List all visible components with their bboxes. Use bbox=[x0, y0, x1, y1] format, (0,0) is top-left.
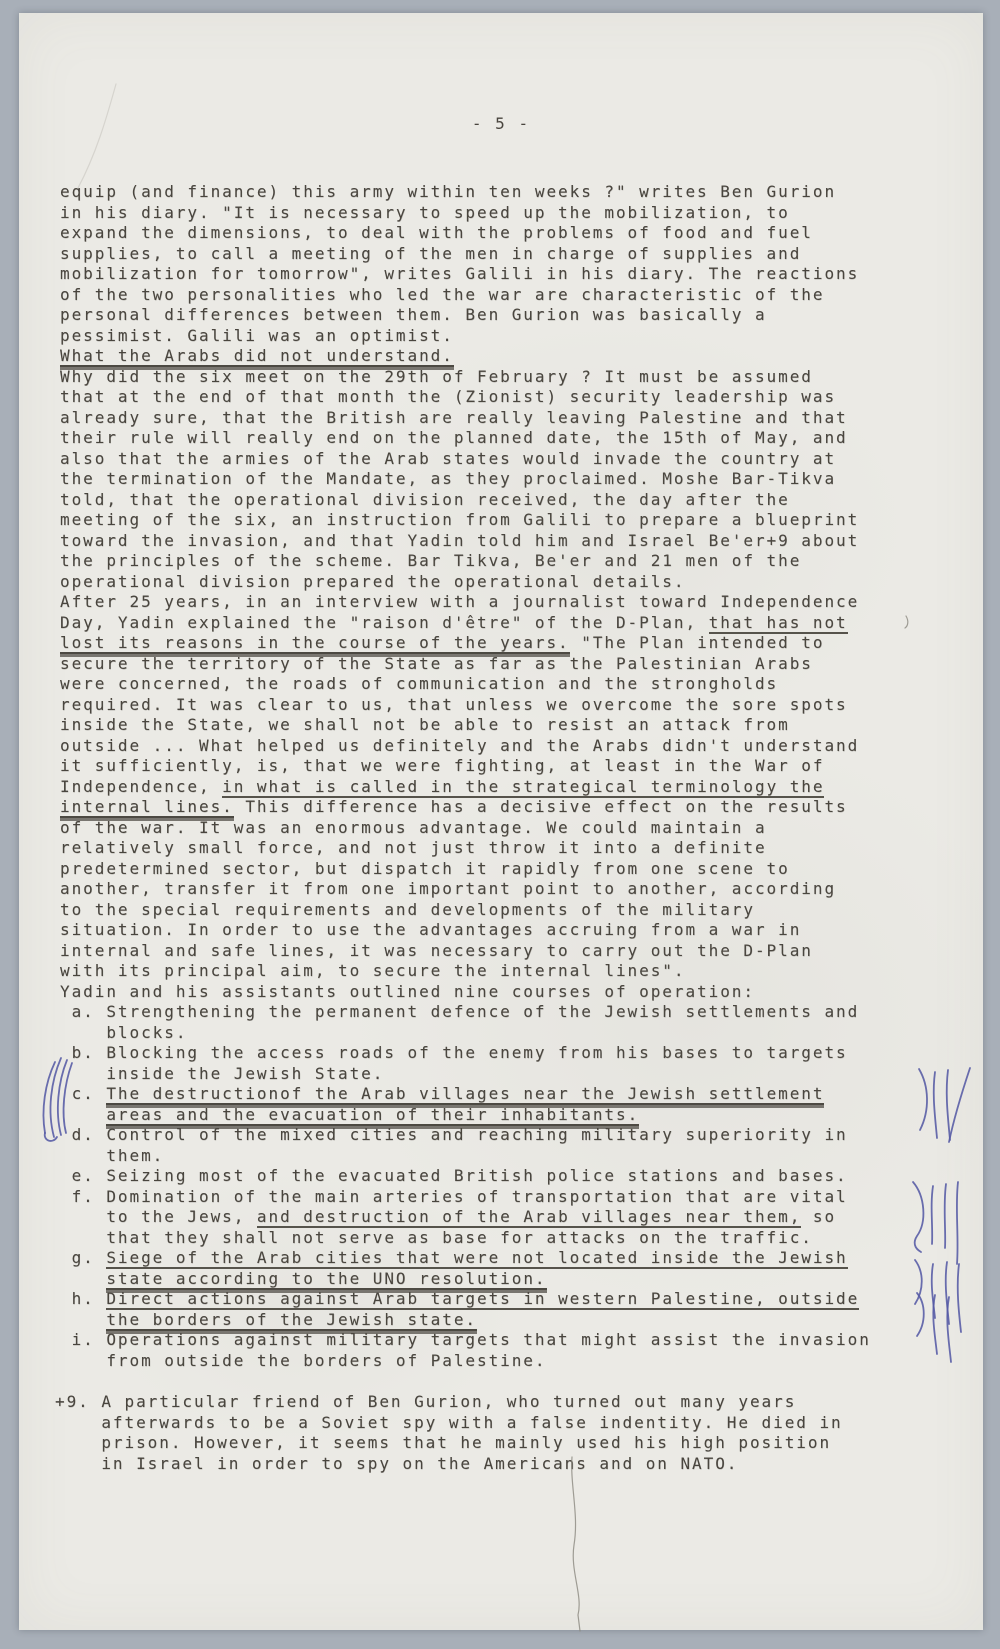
document-line: secure the territory of the State as far… bbox=[60, 654, 871, 675]
document-line: inside the State, we shall not be able t… bbox=[60, 715, 871, 736]
document-line: meeting of the six, an instruction from … bbox=[60, 510, 871, 531]
document-line: with its principal aim, to secure the in… bbox=[60, 961, 871, 982]
document-line: inside the Jewish State. bbox=[60, 1064, 871, 1085]
document-line: internal lines. This difference has a de… bbox=[60, 797, 871, 818]
scan-background: { "meta": { "page_number": "- 5 -" }, "c… bbox=[0, 0, 1000, 1649]
document-line: f. Domination of the main arteries of tr… bbox=[60, 1187, 871, 1208]
document-line: required. It was clear to us, that unles… bbox=[60, 695, 871, 716]
footnote-block: +9. A particular friend of Ben Gurion, w… bbox=[55, 1392, 843, 1474]
stray-pen-tick bbox=[903, 614, 913, 630]
document-line: What the Arabs did not understand. bbox=[60, 346, 871, 367]
document-line: i. Operations against military targets t… bbox=[60, 1330, 871, 1351]
document-line: Independence, in what is called in the s… bbox=[60, 777, 871, 798]
paper-crease-top-left bbox=[70, 80, 122, 192]
document-line: lost its reasons in the course of the ye… bbox=[60, 633, 871, 654]
document-line: to the Jews, and destruction of the Arab… bbox=[60, 1207, 871, 1228]
footnote-line: prison. However, it seems that he mainly… bbox=[55, 1433, 843, 1454]
document-line: mobilization for tomorrow", writes Galil… bbox=[60, 264, 871, 285]
document-line: h. Direct actions against Arab targets i… bbox=[60, 1289, 871, 1310]
document-line: their rule will really end on the planne… bbox=[60, 428, 871, 449]
document-line: were concerned, the roads of communicati… bbox=[60, 674, 871, 695]
document-line: already sure, that the British are reall… bbox=[60, 408, 871, 429]
document-line: areas and the evacuation of their inhabi… bbox=[60, 1105, 871, 1126]
pen-tally-left-item-c bbox=[30, 1055, 76, 1145]
document-line: predetermined sector, but dispatch it ra… bbox=[60, 859, 871, 880]
document-line: relatively small force, and not just thr… bbox=[60, 838, 871, 859]
document-line: state according to the UNO resolution. bbox=[60, 1269, 871, 1290]
document-line: the termination of the Mandate, as they … bbox=[60, 469, 871, 490]
document-line: equip (and finance) this army within ten… bbox=[60, 182, 871, 203]
document-line: Why did the six meet on the 29th of Febr… bbox=[60, 367, 871, 388]
document-line: d. Control of the mixed cities and reach… bbox=[60, 1125, 871, 1146]
footnote-line: in Israel in order to spy on the America… bbox=[55, 1454, 843, 1475]
document-line: blocks. bbox=[60, 1023, 871, 1044]
page-number: - 5 - bbox=[19, 114, 983, 133]
paper-sheet: - 5 - equip (and finance) this army with… bbox=[19, 13, 983, 1630]
document-line: situation. In order to use the advantage… bbox=[60, 920, 871, 941]
document-line: another, transfer it from one important … bbox=[60, 879, 871, 900]
document-line: to the special requirements and developm… bbox=[60, 900, 871, 921]
document-line: pessimist. Galili was an optimist. bbox=[60, 326, 871, 347]
document-line: them. bbox=[60, 1146, 871, 1167]
document-line: personal differences between them. Ben G… bbox=[60, 305, 871, 326]
paper-crease-bottom bbox=[560, 1455, 596, 1633]
document-line: told, that the operational division rece… bbox=[60, 490, 871, 511]
document-line: operational division prepared the operat… bbox=[60, 572, 871, 593]
document-line: from outside the borders of Palestine. bbox=[60, 1351, 871, 1372]
document-line: it sufficiently, is, that we were fighti… bbox=[60, 756, 871, 777]
document-line: the principles of the scheme. Bar Tikva,… bbox=[60, 551, 871, 572]
document-line: internal and safe lines, it was necessar… bbox=[60, 941, 871, 962]
document-line: of the war. It was an enormous advantage… bbox=[60, 818, 871, 839]
document-line: that they shall not serve as base for at… bbox=[60, 1228, 871, 1249]
document-line: c. The destructionof the Arab villages n… bbox=[60, 1084, 871, 1105]
document-line: e. Seizing most of the evacuated British… bbox=[60, 1166, 871, 1187]
document-line: After 25 years, in an interview with a j… bbox=[60, 592, 871, 613]
document-line: b. Blocking the access roads of the enem… bbox=[60, 1043, 871, 1064]
footnote-line: +9. A particular friend of Ben Gurion, w… bbox=[55, 1392, 843, 1413]
document-line: that at the end of that month the (Zioni… bbox=[60, 387, 871, 408]
document-line: g. Siege of the Arab cities that were no… bbox=[60, 1248, 871, 1269]
pen-tally-right-item-c bbox=[912, 1065, 974, 1147]
document-line: outside ... What helped us definitely an… bbox=[60, 736, 871, 757]
footnote-line: afterwards to be a Soviet spy with a fal… bbox=[55, 1413, 843, 1434]
document-line: Yadin and his assistants outlined nine c… bbox=[60, 982, 871, 1003]
document-body: equip (and finance) this army within ten… bbox=[60, 182, 871, 1371]
document-line: expand the dimensions, to deal with the … bbox=[60, 223, 871, 244]
document-line: supplies, to call a meeting of the men i… bbox=[60, 244, 871, 265]
document-line: the borders of the Jewish state. bbox=[60, 1310, 871, 1331]
document-line: also that the armies of the Arab states … bbox=[60, 449, 871, 470]
document-line: in his diary. "It is necessary to speed … bbox=[60, 203, 871, 224]
document-line: toward the invasion, and that Yadin told… bbox=[60, 531, 871, 552]
document-line: of the two personalities who led the war… bbox=[60, 285, 871, 306]
document-line: Day, Yadin explained the "raison d'être"… bbox=[60, 613, 871, 634]
pen-tally-right-item-h bbox=[908, 1288, 966, 1366]
document-line: a. Strengthening the permanent defence o… bbox=[60, 1002, 871, 1023]
